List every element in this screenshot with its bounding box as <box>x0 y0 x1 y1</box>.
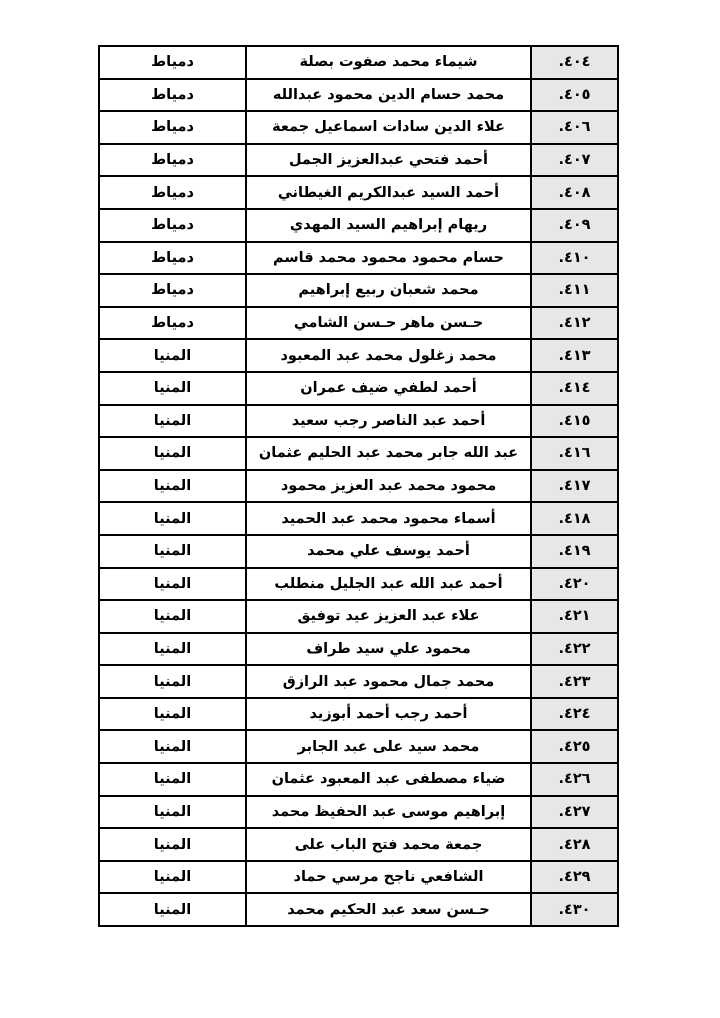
name-cell: أحمد فتحي عبدالعزيز الجمل <box>246 144 531 177</box>
serial-cell: ٤٢١. <box>531 600 618 633</box>
table-row: ٤١٦. عبد الله جابر محمد عبد الحليم عثمان… <box>99 437 618 470</box>
document-page: ٤٠٤. شيماء محمد صفوت بصلة دمياط ٤٠٥. محم… <box>0 0 720 1018</box>
governorate-cell: دمياط <box>99 46 246 79</box>
serial-cell: ٤٠٨. <box>531 176 618 209</box>
table-row: ٤٢٩. الشافعي ناجح مرسي حماد المنيا <box>99 861 618 894</box>
serial-cell: ٤١٨. <box>531 502 618 535</box>
table-row: ٤٢٦. ضياء مصطفى عبد المعبود عثمان المنيا <box>99 763 618 796</box>
table-row: ٤١٠. حسام محمود محمود محمد قاسم دمياط <box>99 242 618 275</box>
serial-cell: ٤١٤. <box>531 372 618 405</box>
serial-cell: ٤١١. <box>531 274 618 307</box>
serial-cell: ٤٢٤. <box>531 698 618 731</box>
governorate-cell: دمياط <box>99 307 246 340</box>
serial-cell: ٤١٦. <box>531 437 618 470</box>
governorate-cell: المنيا <box>99 437 246 470</box>
name-cell: محمد حسام الدين محمود عبدالله <box>246 79 531 112</box>
serial-cell: ٤٣٠. <box>531 893 618 926</box>
governorate-cell: المنيا <box>99 535 246 568</box>
name-cell: جمعة محمد فتح الباب على <box>246 828 531 861</box>
name-cell: الشافعي ناجح مرسي حماد <box>246 861 531 894</box>
table-row: ٤٠٧. أحمد فتحي عبدالعزيز الجمل دمياط <box>99 144 618 177</box>
name-cell: أحمد عبد الناصر رجب سعيد <box>246 405 531 438</box>
serial-cell: ٤٠٤. <box>531 46 618 79</box>
table-row: ٤١٥. أحمد عبد الناصر رجب سعيد المنيا <box>99 405 618 438</box>
name-cell: محمد شعبان ربيع إبراهيم <box>246 274 531 307</box>
name-cell: أسماء محمود محمد عبد الحميد <box>246 502 531 535</box>
serial-cell: ٤١٥. <box>531 405 618 438</box>
table-row: ٤١٤. أحمد لطفي ضيف عمران المنيا <box>99 372 618 405</box>
governorate-cell: دمياط <box>99 176 246 209</box>
serial-cell: ٤٠٧. <box>531 144 618 177</box>
serial-cell: ٤١٩. <box>531 535 618 568</box>
name-cell: عبد الله جابر محمد عبد الحليم عثمان <box>246 437 531 470</box>
governorate-cell: المنيا <box>99 502 246 535</box>
governorate-cell: المنيا <box>99 861 246 894</box>
governorate-cell: المنيا <box>99 698 246 731</box>
table-row: ٤٢٥. محمد سيد على عبد الجابر المنيا <box>99 730 618 763</box>
table-body: ٤٠٤. شيماء محمد صفوت بصلة دمياط ٤٠٥. محم… <box>99 46 618 926</box>
governorate-cell: دمياط <box>99 242 246 275</box>
table-row: ٤٢٧. إبراهيم موسى عبد الحفيظ محمد المنيا <box>99 796 618 829</box>
name-cell: حـسن ماهر حـسن الشامي <box>246 307 531 340</box>
name-cell: أحمد لطفي ضيف عمران <box>246 372 531 405</box>
name-cell: حسام محمود محمود محمد قاسم <box>246 242 531 275</box>
serial-cell: ٤٠٩. <box>531 209 618 242</box>
governorate-cell: المنيا <box>99 372 246 405</box>
name-cell: ريهام إبراهيم السيد المهدي <box>246 209 531 242</box>
name-cell: ضياء مصطفى عبد المعبود عثمان <box>246 763 531 796</box>
table-row: ٤١٨. أسماء محمود محمد عبد الحميد المنيا <box>99 502 618 535</box>
table-row: ٤٠٨. أحمد السيد عبدالكريم الغيطاني دمياط <box>99 176 618 209</box>
table-row: ٤٢٠. أحمد عبد الله عبد الجليل منطلب المن… <box>99 568 618 601</box>
governorate-cell: المنيا <box>99 893 246 926</box>
governorate-cell: المنيا <box>99 730 246 763</box>
name-cell: محمد زغلول محمد عبد المعبود <box>246 339 531 372</box>
serial-cell: ٤٢٥. <box>531 730 618 763</box>
governorate-cell: المنيا <box>99 828 246 861</box>
table-row: ٤١٩. أحمد يوسف علي محمد المنيا <box>99 535 618 568</box>
governorate-cell: المنيا <box>99 339 246 372</box>
serial-cell: ٤١٣. <box>531 339 618 372</box>
name-cell: أحمد رجب أحمد أبوزيد <box>246 698 531 731</box>
name-cell: علاء عبد العزيز عيد توفيق <box>246 600 531 633</box>
name-cell: محمد سيد على عبد الجابر <box>246 730 531 763</box>
serial-cell: ٤٢٨. <box>531 828 618 861</box>
serial-cell: ٤١٢. <box>531 307 618 340</box>
governorate-cell: دمياط <box>99 79 246 112</box>
governorate-cell: المنيا <box>99 665 246 698</box>
serial-cell: ٤٢٢. <box>531 633 618 666</box>
governorate-cell: دمياط <box>99 274 246 307</box>
table-row: ٤٢٣. محمد جمال محمود عبد الرازق المنيا <box>99 665 618 698</box>
name-cell: محمود محمد عبد العزيز محمود <box>246 470 531 503</box>
governorate-cell: دمياط <box>99 144 246 177</box>
serial-cell: ٤٢٦. <box>531 763 618 796</box>
table-row: ٤٠٦. علاء الدين سادات اسماعيل جمعة دمياط <box>99 111 618 144</box>
governorate-cell: المنيا <box>99 796 246 829</box>
serial-cell: ٤٢٠. <box>531 568 618 601</box>
serial-cell: ٤١٠. <box>531 242 618 275</box>
serial-cell: ٤٠٥. <box>531 79 618 112</box>
name-cell: علاء الدين سادات اسماعيل جمعة <box>246 111 531 144</box>
table-row: ٤١٣. محمد زغلول محمد عبد المعبود المنيا <box>99 339 618 372</box>
name-cell: أحمد يوسف علي محمد <box>246 535 531 568</box>
governorate-cell: المنيا <box>99 633 246 666</box>
governorate-cell: المنيا <box>99 600 246 633</box>
governorate-cell: المنيا <box>99 405 246 438</box>
governorate-cell: المنيا <box>99 763 246 796</box>
table-row: ٤٠٩. ريهام إبراهيم السيد المهدي دمياط <box>99 209 618 242</box>
name-cell: حـسن سعد عبد الحكيم محمد <box>246 893 531 926</box>
table-row: ٤٠٥. محمد حسام الدين محمود عبدالله دمياط <box>99 79 618 112</box>
serial-cell: ٤١٧. <box>531 470 618 503</box>
governorate-cell: دمياط <box>99 209 246 242</box>
candidates-table: ٤٠٤. شيماء محمد صفوت بصلة دمياط ٤٠٥. محم… <box>98 45 619 927</box>
table-row: ٤٢٤. أحمد رجب أحمد أبوزيد المنيا <box>99 698 618 731</box>
name-cell: إبراهيم موسى عبد الحفيظ محمد <box>246 796 531 829</box>
table-row: ٤١٧. محمود محمد عبد العزيز محمود المنيا <box>99 470 618 503</box>
serial-cell: ٤٢٩. <box>531 861 618 894</box>
serial-cell: ٤٢٧. <box>531 796 618 829</box>
name-cell: محمود علي سيد طراف <box>246 633 531 666</box>
name-cell: أحمد عبد الله عبد الجليل منطلب <box>246 568 531 601</box>
table-row: ٤١١. محمد شعبان ربيع إبراهيم دمياط <box>99 274 618 307</box>
table-row: ٤٢٢. محمود علي سيد طراف المنيا <box>99 633 618 666</box>
table-row: ٤٠٤. شيماء محمد صفوت بصلة دمياط <box>99 46 618 79</box>
serial-cell: ٤٢٣. <box>531 665 618 698</box>
governorate-cell: دمياط <box>99 111 246 144</box>
table-row: ٤٢٨. جمعة محمد فتح الباب على المنيا <box>99 828 618 861</box>
governorate-cell: المنيا <box>99 470 246 503</box>
table-row: ٤٣٠. حـسن سعد عبد الحكيم محمد المنيا <box>99 893 618 926</box>
governorate-cell: المنيا <box>99 568 246 601</box>
serial-cell: ٤٠٦. <box>531 111 618 144</box>
table-row: ٤٢١. علاء عبد العزيز عيد توفيق المنيا <box>99 600 618 633</box>
name-cell: أحمد السيد عبدالكريم الغيطاني <box>246 176 531 209</box>
table-row: ٤١٢. حـسن ماهر حـسن الشامي دمياط <box>99 307 618 340</box>
name-cell: محمد جمال محمود عبد الرازق <box>246 665 531 698</box>
name-cell: شيماء محمد صفوت بصلة <box>246 46 531 79</box>
